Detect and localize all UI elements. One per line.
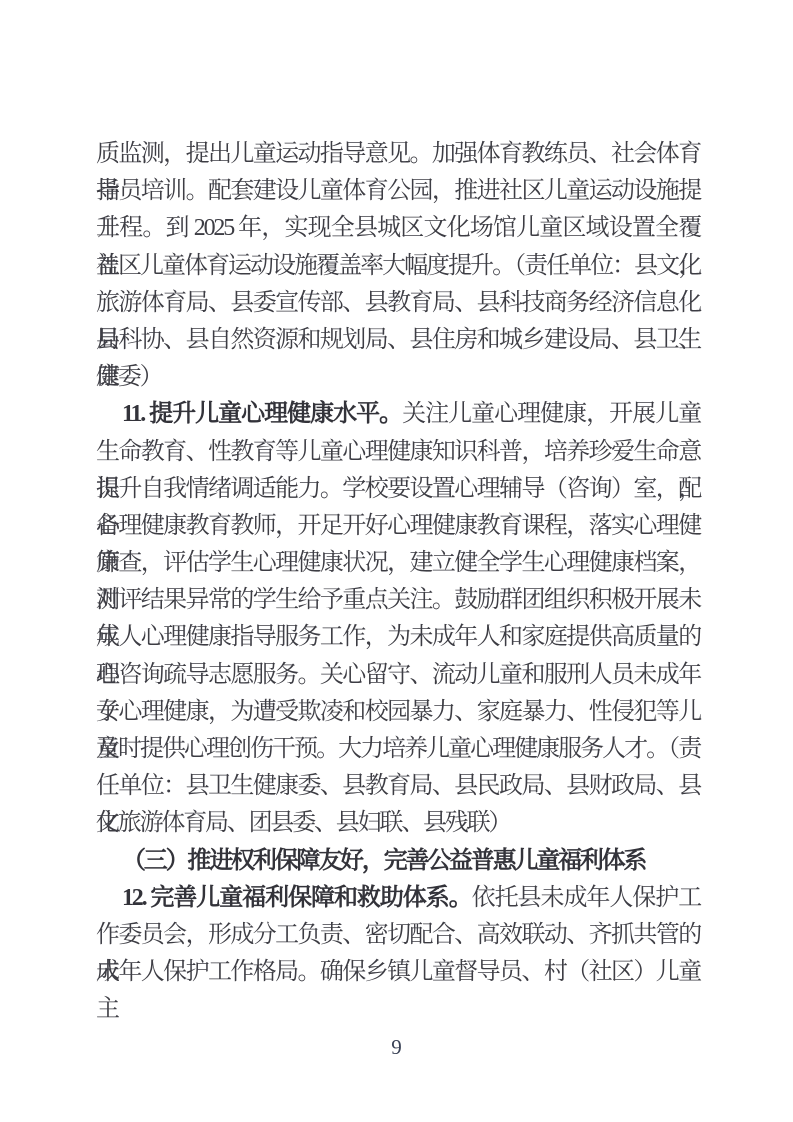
text-line: 质监测，提出儿童运动指导意见。加强体育教练员、社会体育指 (96, 136, 700, 173)
text-line: 工程。到 2025 年，实现全县城区文化场馆儿童区域设置全覆盖， (96, 210, 700, 247)
line-text: 关注儿童心理健康，开展儿童 (402, 401, 700, 427)
document-body: 质监测，提出儿童运动指导意见。加强体育教练员、社会体育指导员培训。配套建设儿童体… (96, 136, 700, 991)
item-heading: 12. 完善儿童福利保障和救助体系。 (122, 885, 472, 911)
line-text: 社区儿童体育运动设施覆盖率大幅度提升。（责任单位：县文化 (96, 253, 700, 279)
text-line: 成年人保护工作格局。确保乡镇儿童督导员、村（社区）儿童主 (96, 954, 700, 991)
text-line: 导员培训。配套建设儿童体育公园，推进社区儿童运动设施提升 (96, 173, 700, 210)
text-line: 筛查，评估学生心理健康状况，建立健全学生心理健康档案，对 (96, 545, 700, 582)
text-line: 提升自我情绪调适能力。学校要设置心理辅导（咨询）室，配备 (96, 471, 700, 508)
item-heading: 11. 提升儿童心理健康水平。 (122, 401, 402, 427)
text-line: 心理健康教育教师，开足开好心理健康教育课程，落实心理健康 (96, 508, 700, 545)
page-number: 9 (0, 1032, 793, 1062)
text-line: 女心理健康，为遭受欺凌和校园暴力、家庭暴力、性侵犯等儿童 (96, 694, 700, 731)
text-line: （三）推进权利保障友好，完善公益普惠儿童福利体系 (96, 843, 700, 880)
text-line: 康委） (96, 359, 700, 396)
text-line: 作委员会，形成分工负责、密切配合、高效联动、齐抓共管的未 (96, 917, 700, 954)
section-heading: （三）推进权利保障友好，完善公益普惠儿童福利体系 (122, 848, 645, 874)
text-line: 旅游体育局、县委宣传部、县教育局、县科技商务经济信息化局、 (96, 285, 700, 322)
line-text: 康委） (96, 364, 161, 390)
text-line: 县科协、县自然资源和规划局、县住房和城乡建设局、县卫生健 (96, 322, 700, 359)
text-line: 理咨询疏导志愿服务。关心留守、流动儿童和服刑人员未成年子 (96, 657, 700, 694)
text-line: 测评结果异常的学生给予重点关注。鼓励群团组织积极开展未成 (96, 582, 700, 619)
text-line: 11. 提升儿童心理健康水平。关注儿童心理健康，开展儿童 (96, 396, 700, 433)
text-line: 年人心理健康指导服务工作，为未成年人和家庭提供高质量的心 (96, 619, 700, 656)
text-line: 化旅游体育局、团县委、县妇联、县残联） (96, 805, 700, 842)
text-line: 生命教育、性教育等儿童心理健康知识科普，培养珍爱生命意识， (96, 434, 700, 471)
text-line: 及时提供心理创伤干预。大力培养儿童心理健康服务人才。（责 (96, 731, 700, 768)
text-line: 12. 完善儿童福利保障和救助体系。依托县未成年人保护工 (96, 880, 700, 917)
text-line: 社区儿童体育运动设施覆盖率大幅度提升。（责任单位：县文化 (96, 248, 700, 285)
line-text: 及时提供心理创伤干预。大力培养儿童心理健康服务人才。（责 (96, 736, 700, 762)
document-page: 质监测，提出儿童运动指导意见。加强体育教练员、社会体育指导员培训。配套建设儿童体… (0, 0, 793, 1122)
line-text: 依托县未成年人保护工 (472, 885, 700, 911)
text-line: 任单位：县卫生健康委、县教育局、县民政局、县财政局、县文 (96, 768, 700, 805)
line-text: 成年人保护工作格局。确保乡镇儿童督导员、村（社区）儿童主 (96, 959, 700, 1022)
line-text: 化旅游体育局、团县委、县妇联、县残联） (96, 810, 510, 836)
